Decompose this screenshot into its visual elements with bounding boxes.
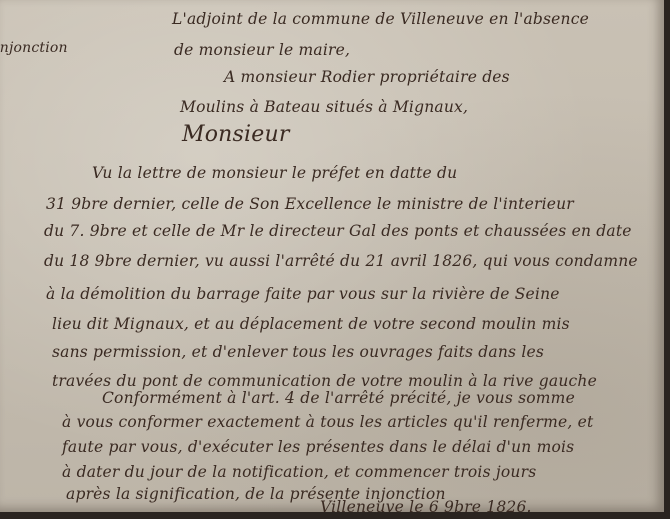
heading-line-2: de monsieur le maire, — [174, 41, 350, 59]
heading-line-4: Moulins à Bateau situés à Mignaux, — [180, 98, 468, 116]
margin-note: Injonction — [0, 40, 68, 56]
body-line-10: à vous conformer exactement à tous les a… — [62, 413, 593, 431]
body-line-8: travées du pont de communication de votr… — [52, 372, 597, 390]
body-line-11: faute par vous, d'exécuter les présentes… — [62, 438, 574, 456]
body-line-4: du 18 9bre dernier, vu aussi l'arrêté du… — [44, 252, 638, 270]
body-line-9: Conformément à l'art. 4 de l'arrêté préc… — [102, 389, 575, 407]
body-line-6: lieu dit Mignaux, et au déplacement de v… — [52, 315, 570, 333]
heading-line-1: L'adjoint de la commune de Villeneuve en… — [172, 10, 589, 28]
body-line-5: à la démolition du barrage faite par vou… — [46, 285, 560, 303]
body-line-12: à dater du jour de la notification, et c… — [62, 463, 536, 481]
body-line-2: 31 9bre dernier, celle de Son Excellence… — [46, 195, 574, 213]
salutation: Monsieur — [182, 122, 290, 147]
body-line-1: Vu la lettre de monsieur le préfet en da… — [92, 164, 457, 182]
heading-line-3: A monsieur Rodier propriétaire des — [224, 68, 510, 86]
closing-date-line: Villeneuve le 6 9bre 1826. — [320, 498, 532, 516]
body-line-3: du 7. 9bre et celle de Mr le directeur G… — [44, 222, 632, 240]
handwritten-letter-page: Injonction L'adjoint de la commune de Vi… — [0, 0, 664, 512]
body-line-7: sans permission, et d'enlever tous les o… — [52, 343, 544, 361]
